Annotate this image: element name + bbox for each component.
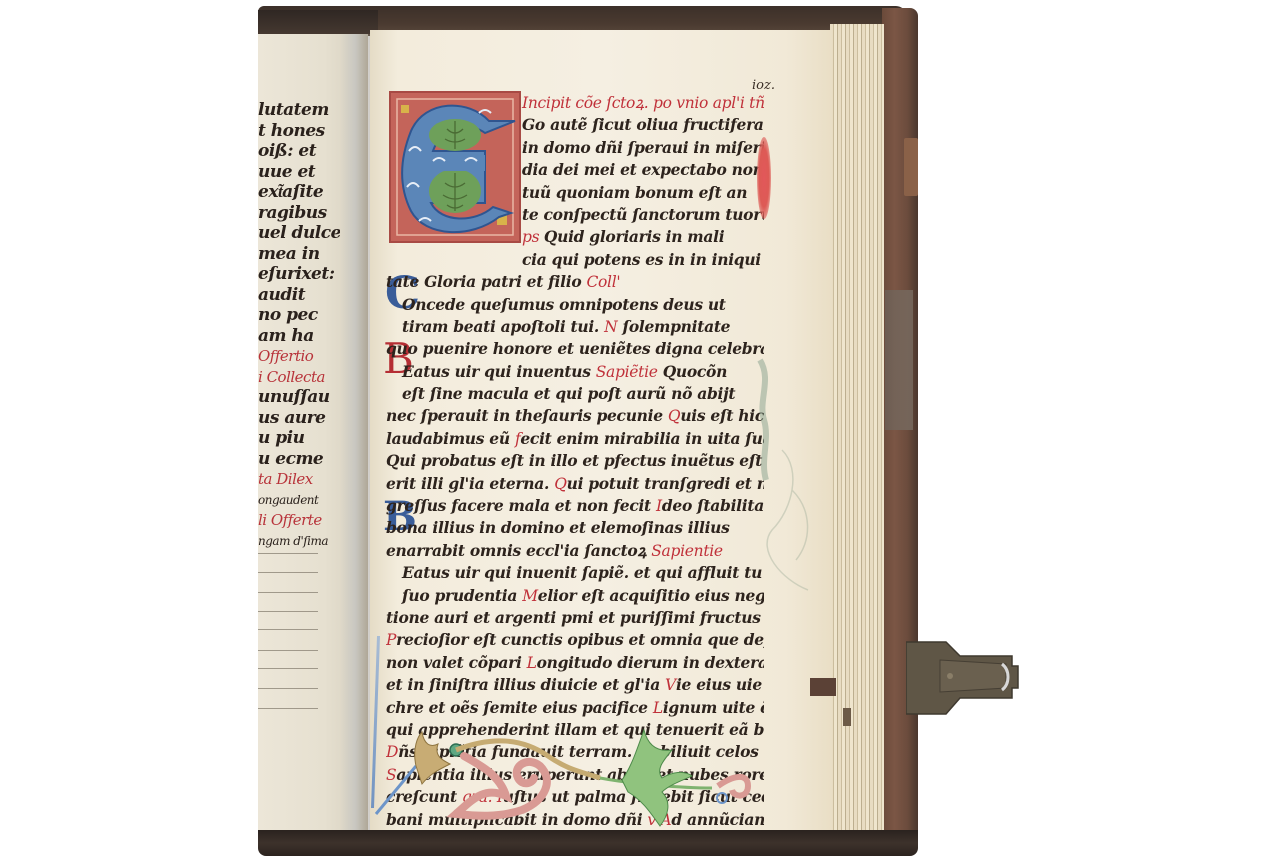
manuscript-line: Eatus uir qui inuentus Sapiẽtie Quocõn [386, 361, 764, 383]
faint-margin-drawing [752, 340, 822, 600]
manuscript-line: mea in [258, 244, 340, 265]
text: ignum uite ẽ his [663, 698, 764, 717]
left-page-text: lutatem t hones oiß: et uue et ext͂aſite… [258, 100, 340, 551]
ruling-line [258, 668, 318, 669]
rubric-line: i Collecta [258, 367, 340, 388]
page-tab-marker [810, 678, 836, 696]
text: eſt ſine macula et qui poſt aurũ nõ abij… [402, 384, 735, 403]
text: Eatus uir qui inuentus [402, 362, 596, 381]
text: dia dei mei et expectabo nomẽ [522, 160, 764, 179]
gutter-shadow [340, 34, 370, 830]
rubric-line: Offertio [258, 346, 340, 367]
text: ſuo prudentia [402, 586, 522, 605]
rubric-text: Sapientie [651, 542, 723, 560]
manuscript-line: tate Gloria patri et filio Coll' [386, 271, 764, 293]
manuscript-line: greſſus facere mala et non fecit Ideo ſt… [386, 495, 764, 517]
text: Oncede queſumus omnipotens deus ut [402, 295, 726, 314]
manuscript-line: tiram beati apoſtoli tui. N ſolempnitate [386, 316, 764, 338]
ruling-line [258, 629, 318, 630]
rubric-text: Incipit cõe ſctoꝝ. po vnio apl'i tñꝫ [522, 94, 764, 112]
text: enarrabit omnis eccl'ia ſanctoꝝ [386, 541, 651, 560]
manuscript-line: ragibus [258, 203, 340, 224]
manuscript-line: ſuo prudentia Melior eſt acquiſitio eius… [386, 585, 764, 607]
manuscript-line: us aure [258, 408, 340, 429]
manuscript-line: nec ſperauit in theſauris pecunie Quis e… [386, 405, 764, 427]
ruling-line [258, 611, 318, 612]
manuscript-line: oiß: et [258, 141, 340, 162]
book-cover-top-left [258, 10, 378, 34]
text: recioſior eſt cunctis opibus et omnia qu… [396, 630, 764, 649]
rubric-text: L [653, 699, 663, 717]
manuscript-line: t hones [258, 121, 340, 142]
manuscript-line: Precioſior eſt cunctis opibus et omnia q… [386, 629, 764, 651]
text: in domo dñi ſperaui in miſericor [522, 138, 764, 157]
text: Quid gloriaris in mali [544, 227, 724, 246]
folio-number: ioz. [752, 78, 775, 93]
text: bona illius in domino et elemoſinas illi… [386, 518, 730, 537]
manuscript-line: enarrabit omnis eccl'ia ſanctoꝝ Sapienti… [386, 540, 764, 562]
rubric-text: L [527, 654, 537, 672]
ruling-line [258, 553, 318, 554]
manuscript-line: ongaudent [258, 490, 340, 511]
manuscript-line: Eatus uir qui inuenit ſapiẽ. et qui affl… [386, 562, 764, 584]
leather-tab [904, 138, 918, 196]
manuscript-line: quo puenire honore et ueniẽtes digna cel… [386, 338, 764, 360]
text: chre et oẽs ſemite eius pacifice [386, 698, 653, 717]
manuscript-line: unuſſau [258, 387, 340, 408]
manuscript-line: Oncede queſumus omnipotens deus ut [386, 294, 764, 316]
rubric-text: Sapiẽtie [596, 363, 658, 381]
text: greſſus facere mala et non fecit [386, 496, 656, 515]
manuscript-line: ext͂aſite [258, 182, 340, 203]
text-block-page-edges [830, 24, 884, 832]
manuscript-line: u piu [258, 428, 340, 449]
rubric-line: ta Dilex [258, 469, 340, 490]
text: ecit enim mirabilia in uita ſua [520, 429, 764, 448]
text: Quocõn [658, 362, 727, 381]
rubric-text: Q [554, 475, 566, 493]
text: quo puenire honore et ueniẽtes digna cel… [386, 339, 764, 358]
ruling-line [258, 650, 318, 651]
text: Qui probatus eſt in illo et pfectus inuẽ… [386, 451, 764, 470]
text: tuũ quoniam bonum eſt an [522, 183, 747, 202]
manuscript-line: cia qui potens es in in iniqui [386, 249, 764, 271]
margin-red-flourish [757, 137, 771, 219]
rubric-line: li Offerte [258, 510, 340, 531]
rubric-text: V [665, 676, 676, 694]
manuscript-line: in domo dñi ſperaui in miſericor [386, 137, 764, 159]
manuscript-line: bona illius in domino et elemoſinas illi… [386, 517, 764, 539]
text: laudabimus eũ [386, 429, 515, 448]
manuscript-line: uel dulce: [258, 223, 340, 244]
manuscript-line: et in ſiniſtra illius diuicie et gl'ia V… [386, 674, 764, 696]
rubric-incipit: Incipit cõe ſctoꝝ. po vnio apl'i tñꝫ [386, 92, 764, 114]
metal-clasp [906, 636, 1024, 718]
rubric-text: Q [668, 407, 680, 425]
page-tab-marker [843, 708, 851, 726]
book-cover-bottom-edge [258, 830, 918, 856]
manuscript-line: uue et [258, 162, 340, 183]
text: cia qui potens es in in iniqui [522, 250, 761, 269]
manuscript-line: te conſpectũ ſanctorum tuorũ [386, 204, 764, 226]
manuscript-line: audit [258, 285, 340, 306]
text: nec ſperauit in theſauris pecunie [386, 406, 668, 425]
manuscript-line: ngam d'ſima [258, 531, 340, 552]
manuscript-line: ps Quid gloriaris in mali [386, 226, 764, 248]
text: tione auri et argenti pmi et puriſſimi f… [386, 608, 764, 627]
text: ongitudo dierum in dextera eius [537, 653, 764, 672]
ruling-line [258, 688, 318, 689]
text: tiram beati apoſtoli tui. [402, 317, 604, 336]
rubric-text: Coll' [586, 273, 620, 291]
text: erit illi gl'ia eterna. [386, 474, 554, 493]
text: ui potuit tranſgredi et nõ ẽ tranſ [567, 474, 764, 493]
acanthus-foliage-border [372, 726, 762, 830]
manuscript-line: lutatem [258, 100, 340, 121]
manuscript-line: Qui probatus eſt in illo et pfectus inuẽ… [386, 450, 764, 472]
manuscript-line: dia dei mei et expectabo nomẽ [386, 159, 764, 181]
manuscript-line: tione auri et argenti pmi et puriſſimi f… [386, 607, 764, 629]
ruling-line [258, 572, 318, 573]
manuscript-line: u ecme [258, 449, 340, 470]
text: ie eius uie pul [676, 675, 764, 694]
text: Eatus uir qui inuenit ſapiẽ. et qui affl… [402, 563, 764, 582]
ruling-line [258, 592, 318, 593]
text: elior eſt acquiſitio eius negocia [538, 586, 764, 605]
manuscript-line: erit illi gl'ia eterna. Qui potuit tranſ… [386, 473, 764, 495]
rubric-text: N [604, 318, 617, 336]
text: non valet cõpari [386, 653, 527, 672]
manuscript-line: chre et oẽs ſemite eius pacifice Lignum … [386, 697, 764, 719]
manuscript-line: no pec [258, 305, 340, 326]
text: et in ſiniſtra illius diuicie et gl'ia [386, 675, 665, 694]
rubric-text: M [522, 587, 538, 605]
ruling-line [258, 708, 318, 709]
manuscript-line: laudabimus eũ fecit enim mirabilia in ui… [386, 428, 764, 450]
text: Go autẽ ſicut oliua fructifera [522, 115, 764, 134]
text: ſolempnitate [617, 317, 730, 336]
manuscript-line: tuũ quoniam bonum eſt an [386, 182, 764, 204]
manuscript-line: Go autẽ ſicut oliua fructifera [386, 114, 764, 136]
manuscript-line: eſurixet: [258, 264, 340, 285]
manuscript-line: eſt ſine macula et qui poſt aurũ nõ abij… [386, 383, 764, 405]
manuscript-line: am ha [258, 326, 340, 347]
text: deo ſtabilita ſũt [662, 496, 764, 515]
leather-wear [885, 290, 913, 430]
rubric-text: P [386, 631, 396, 649]
right-page-text: Incipit cõe ſctoꝝ. po vnio apl'i tñꝫ Go … [386, 92, 764, 831]
rubric-text: ps [522, 228, 544, 246]
manuscript-line: non valet cõpari Longitudo dierum in dex… [386, 652, 764, 674]
text: te conſpectũ ſanctorum tuorũ [522, 205, 764, 224]
text: tate Gloria patri et filio [386, 272, 586, 291]
